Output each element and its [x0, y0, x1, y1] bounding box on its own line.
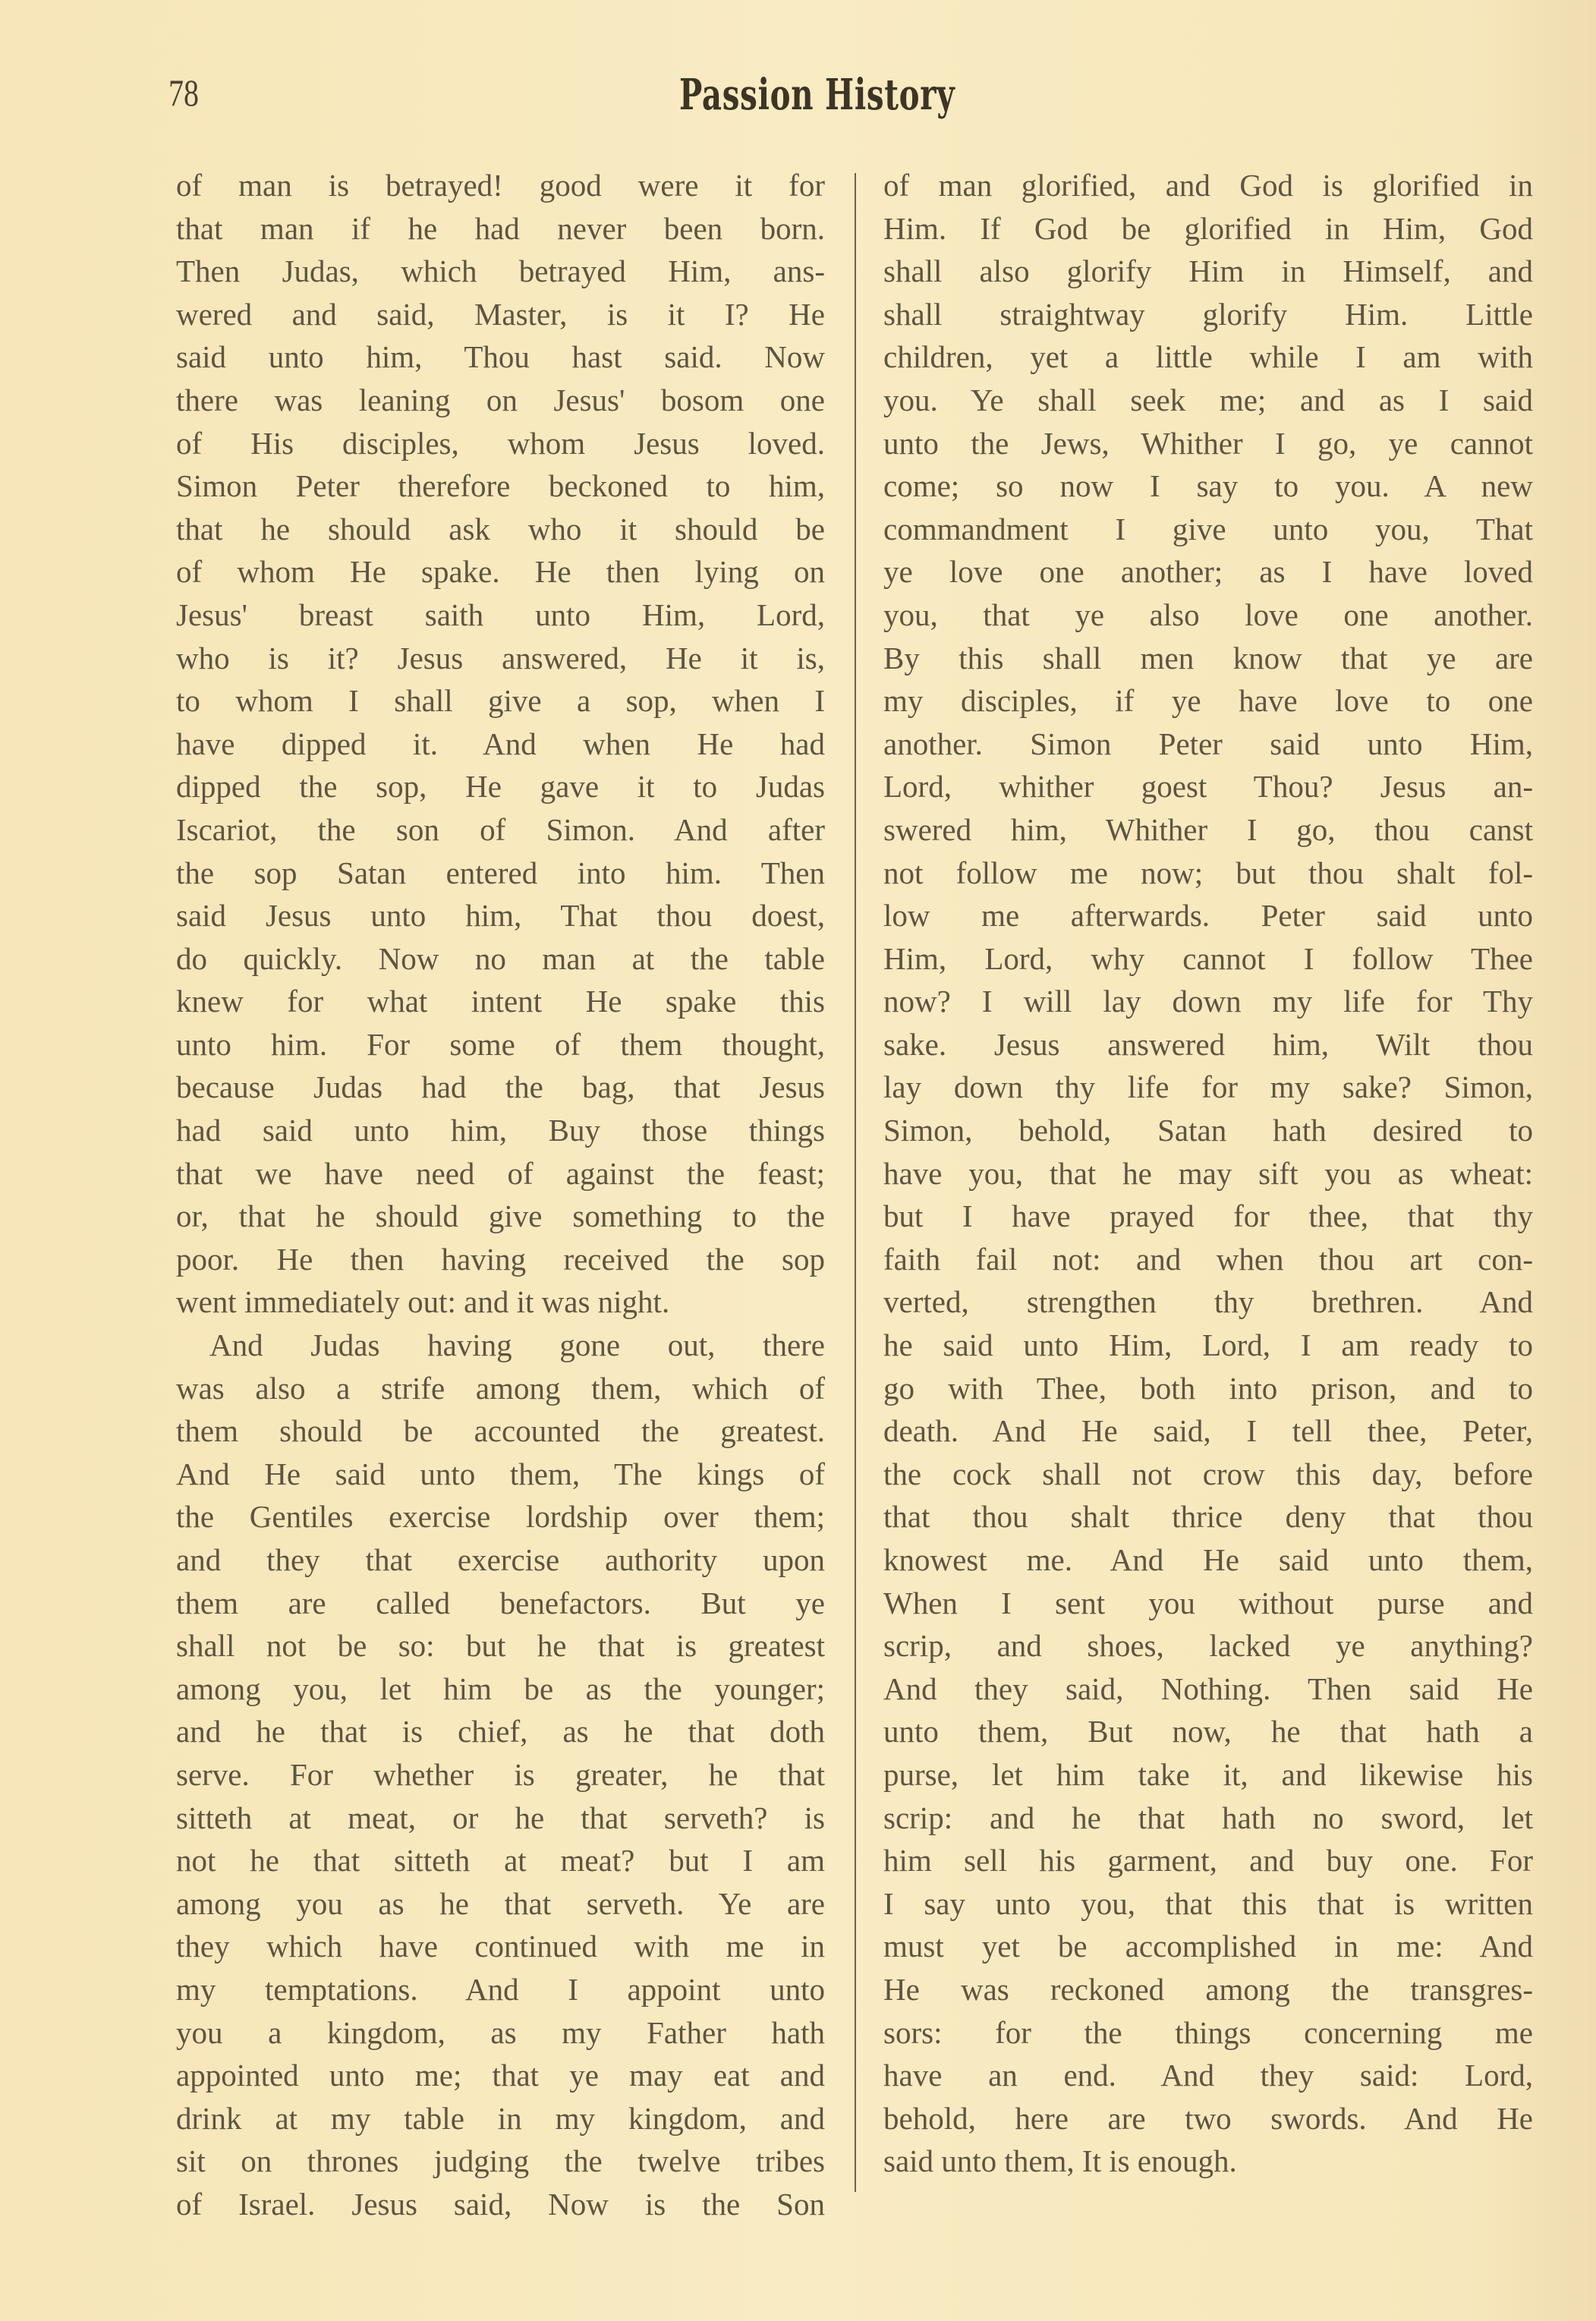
text-line: who is it? Jesus answered, He it is,	[176, 637, 825, 680]
text-line: lay down thy life for my sake? Simon,	[883, 1066, 1533, 1109]
text-line: poor. He then having received the sop	[176, 1238, 825, 1281]
text-line: the cock shall not crow this day, before	[883, 1453, 1533, 1496]
text-line: Him. If God be glorified in Him, God	[883, 207, 1533, 250]
text-line: I say unto you, that this that is writte…	[883, 1882, 1533, 1926]
text-line: When I sent you without purse and	[883, 1582, 1533, 1625]
text-line: that we have need of against the feast;	[176, 1152, 825, 1195]
text-line: behold, here are two swords. And He	[883, 2097, 1533, 2140]
text-line: shall not be so: but he that is greatest	[176, 1624, 825, 1668]
text-line: knowest me. And He said unto them,	[883, 1538, 1533, 1582]
text-line: of Israel. Jesus said, Now is the Son	[176, 2183, 825, 2226]
text-line: shall also glorify Him in Himself, and	[883, 250, 1533, 293]
text-line: faith fail not: and when thou art con-	[883, 1238, 1533, 1281]
text-line: because Judas had the bag, that Jesus	[176, 1066, 825, 1109]
text-line: He was reckoned among the transgres-	[883, 1968, 1533, 2011]
text-line: sors: for the things concerning me	[883, 2011, 1533, 2055]
text-line: my disciples, if ye have love to one	[883, 679, 1533, 723]
text-line: sake. Jesus answered him, Wilt thou	[883, 1023, 1533, 1066]
text-line: of man is betrayed! good were it for	[176, 164, 825, 207]
text-line: of His disciples, whom Jesus loved.	[176, 422, 825, 465]
text-line: By this shall men know that ye are	[883, 637, 1533, 680]
text-line: Then Judas, which betrayed Him, ans-	[176, 250, 825, 293]
text-line: scrip, and shoes, lacked ye anything?	[883, 1624, 1533, 1668]
text-line: he said unto Him, Lord, I am ready to	[883, 1324, 1533, 1367]
text-line: of whom He spake. He then lying on	[176, 550, 825, 594]
text-line: went immediately out: and it was night.	[176, 1280, 825, 1324]
text-line: wered and said, Master, is it I? He	[176, 293, 825, 336]
text-line: go with Thee, both into prison, and to	[883, 1367, 1533, 1410]
text-line: among you as he that serveth. Ye are	[176, 1882, 825, 1926]
text-line: among you, let him be as the younger;	[176, 1668, 825, 1711]
text-line: do quickly. Now no man at the table	[176, 937, 825, 981]
text-line: verted, strengthen thy brethren. And	[883, 1280, 1533, 1324]
text-line: said unto him, Thou hast said. Now	[176, 335, 825, 379]
text-line: and they that exercise authority upon	[176, 1538, 825, 1582]
text-line: you, that ye also love one another.	[883, 594, 1533, 637]
text-line: sitteth at meat, or he that serveth? is	[176, 1797, 825, 1840]
text-line: unto them, But now, he that hath a	[883, 1710, 1533, 1753]
text-line: not he that sitteth at meat? but I am	[176, 1839, 825, 1882]
text-line: was also a strife among them, which of	[176, 1367, 825, 1410]
text-line: appointed unto me; that ye may eat and	[176, 2054, 825, 2097]
text-line: said Jesus unto him, That thou doest,	[176, 894, 825, 937]
text-line: children, yet a little while I am with	[883, 335, 1533, 379]
text-line: said unto them, It is enough.	[883, 2140, 1533, 2183]
running-title: Passion History	[231, 68, 1380, 121]
text-line: the Gentiles exercise lordship over them…	[176, 1495, 825, 1538]
text-line: Jesus' breast saith unto Him, Lord,	[176, 594, 825, 637]
text-line: ye love one another; as I have loved	[883, 550, 1533, 594]
text-line: that thou shalt thrice deny that thou	[883, 1495, 1533, 1538]
text-line: another. Simon Peter said unto Him,	[883, 723, 1533, 766]
text-line: scrip: and he that hath no sword, let	[883, 1797, 1533, 1840]
text-line: And they said, Nothing. Then said He	[883, 1668, 1533, 1711]
text-line: them are called benefactors. But ye	[176, 1582, 825, 1625]
text-line: not follow me now; but thou shalt fol-	[883, 852, 1533, 895]
text-line: come; so now I say to you. A new	[883, 465, 1533, 508]
text-line: unto him. For some of them thought,	[176, 1023, 825, 1066]
text-line: And Judas having gone out, there	[176, 1324, 825, 1367]
text-line: must yet be accomplished in me: And	[883, 1925, 1533, 1968]
text-line: have dipped it. And when He had	[176, 723, 825, 766]
text-line: Simon, behold, Satan hath desired to	[883, 1109, 1533, 1152]
text-line: that he should ask who it should be	[176, 508, 825, 551]
text-line: sit on thrones judging the twelve tribes	[176, 2140, 825, 2183]
column-divider	[855, 173, 856, 2192]
text-line: purse, let him take it, and likewise his	[883, 1753, 1533, 1797]
text-line: Iscariot, the son of Simon. And after	[176, 808, 825, 852]
text-line: Lord, whither goest Thou? Jesus an-	[883, 765, 1533, 808]
text-line: have an end. And they said: Lord,	[883, 2054, 1533, 2097]
text-line: swered him, Whither I go, thou canst	[883, 808, 1533, 852]
text-line: serve. For whether is greater, he that	[176, 1753, 825, 1797]
text-line: have you, that he may sift you as wheat:	[883, 1152, 1533, 1195]
text-line: to whom I shall give a sop, when I	[176, 679, 825, 723]
text-line: unto the Jews, Whither I go, ye cannot	[883, 422, 1533, 465]
text-line: Him, Lord, why cannot I follow Thee	[883, 937, 1533, 981]
text-line: knew for what intent He spake this	[176, 980, 825, 1023]
text-line: that man if he had never been born.	[176, 207, 825, 250]
text-line: shall straightway glorify Him. Little	[883, 293, 1533, 336]
text-line: you. Ye shall seek me; and as I said	[883, 379, 1533, 422]
text-line: there was leaning on Jesus' bosom one	[176, 379, 825, 422]
text-line: they which have continued with me in	[176, 1925, 825, 1968]
text-line: And He said unto them, The kings of	[176, 1453, 825, 1496]
text-line: now? I will lay down my life for Thy	[883, 980, 1533, 1023]
text-line: them should be accounted the greatest.	[176, 1409, 825, 1453]
text-line: Simon Peter therefore beckoned to him,	[176, 465, 825, 508]
text-line: and he that is chief, as he that doth	[176, 1710, 825, 1753]
page-number: 78	[168, 70, 199, 115]
text-line: my temptations. And I appoint unto	[176, 1968, 825, 2011]
text-line: commandment I give unto you, That	[883, 508, 1533, 551]
text-line: but I have prayed for thee, that thy	[883, 1195, 1533, 1238]
text-line: death. And He said, I tell thee, Peter,	[883, 1409, 1533, 1453]
text-line: the sop Satan entered into him. Then	[176, 852, 825, 895]
text-line: drink at my table in my kingdom, and	[176, 2097, 825, 2140]
text-line: low me afterwards. Peter said unto	[883, 894, 1533, 937]
text-line: or, that he should give something to the	[176, 1195, 825, 1238]
column-left: of man is betrayed! good were it forthat…	[176, 164, 825, 2226]
text-line: you a kingdom, as my Father hath	[176, 2011, 825, 2055]
text-line: him sell his garment, and buy one. For	[883, 1839, 1533, 1882]
text-line: dipped the sop, He gave it to Judas	[176, 765, 825, 808]
text-line: had said unto him, Buy those things	[176, 1109, 825, 1152]
column-right: of man glorified, and God is glorified i…	[883, 164, 1533, 2183]
text-line: of man glorified, and God is glorified i…	[883, 164, 1533, 207]
